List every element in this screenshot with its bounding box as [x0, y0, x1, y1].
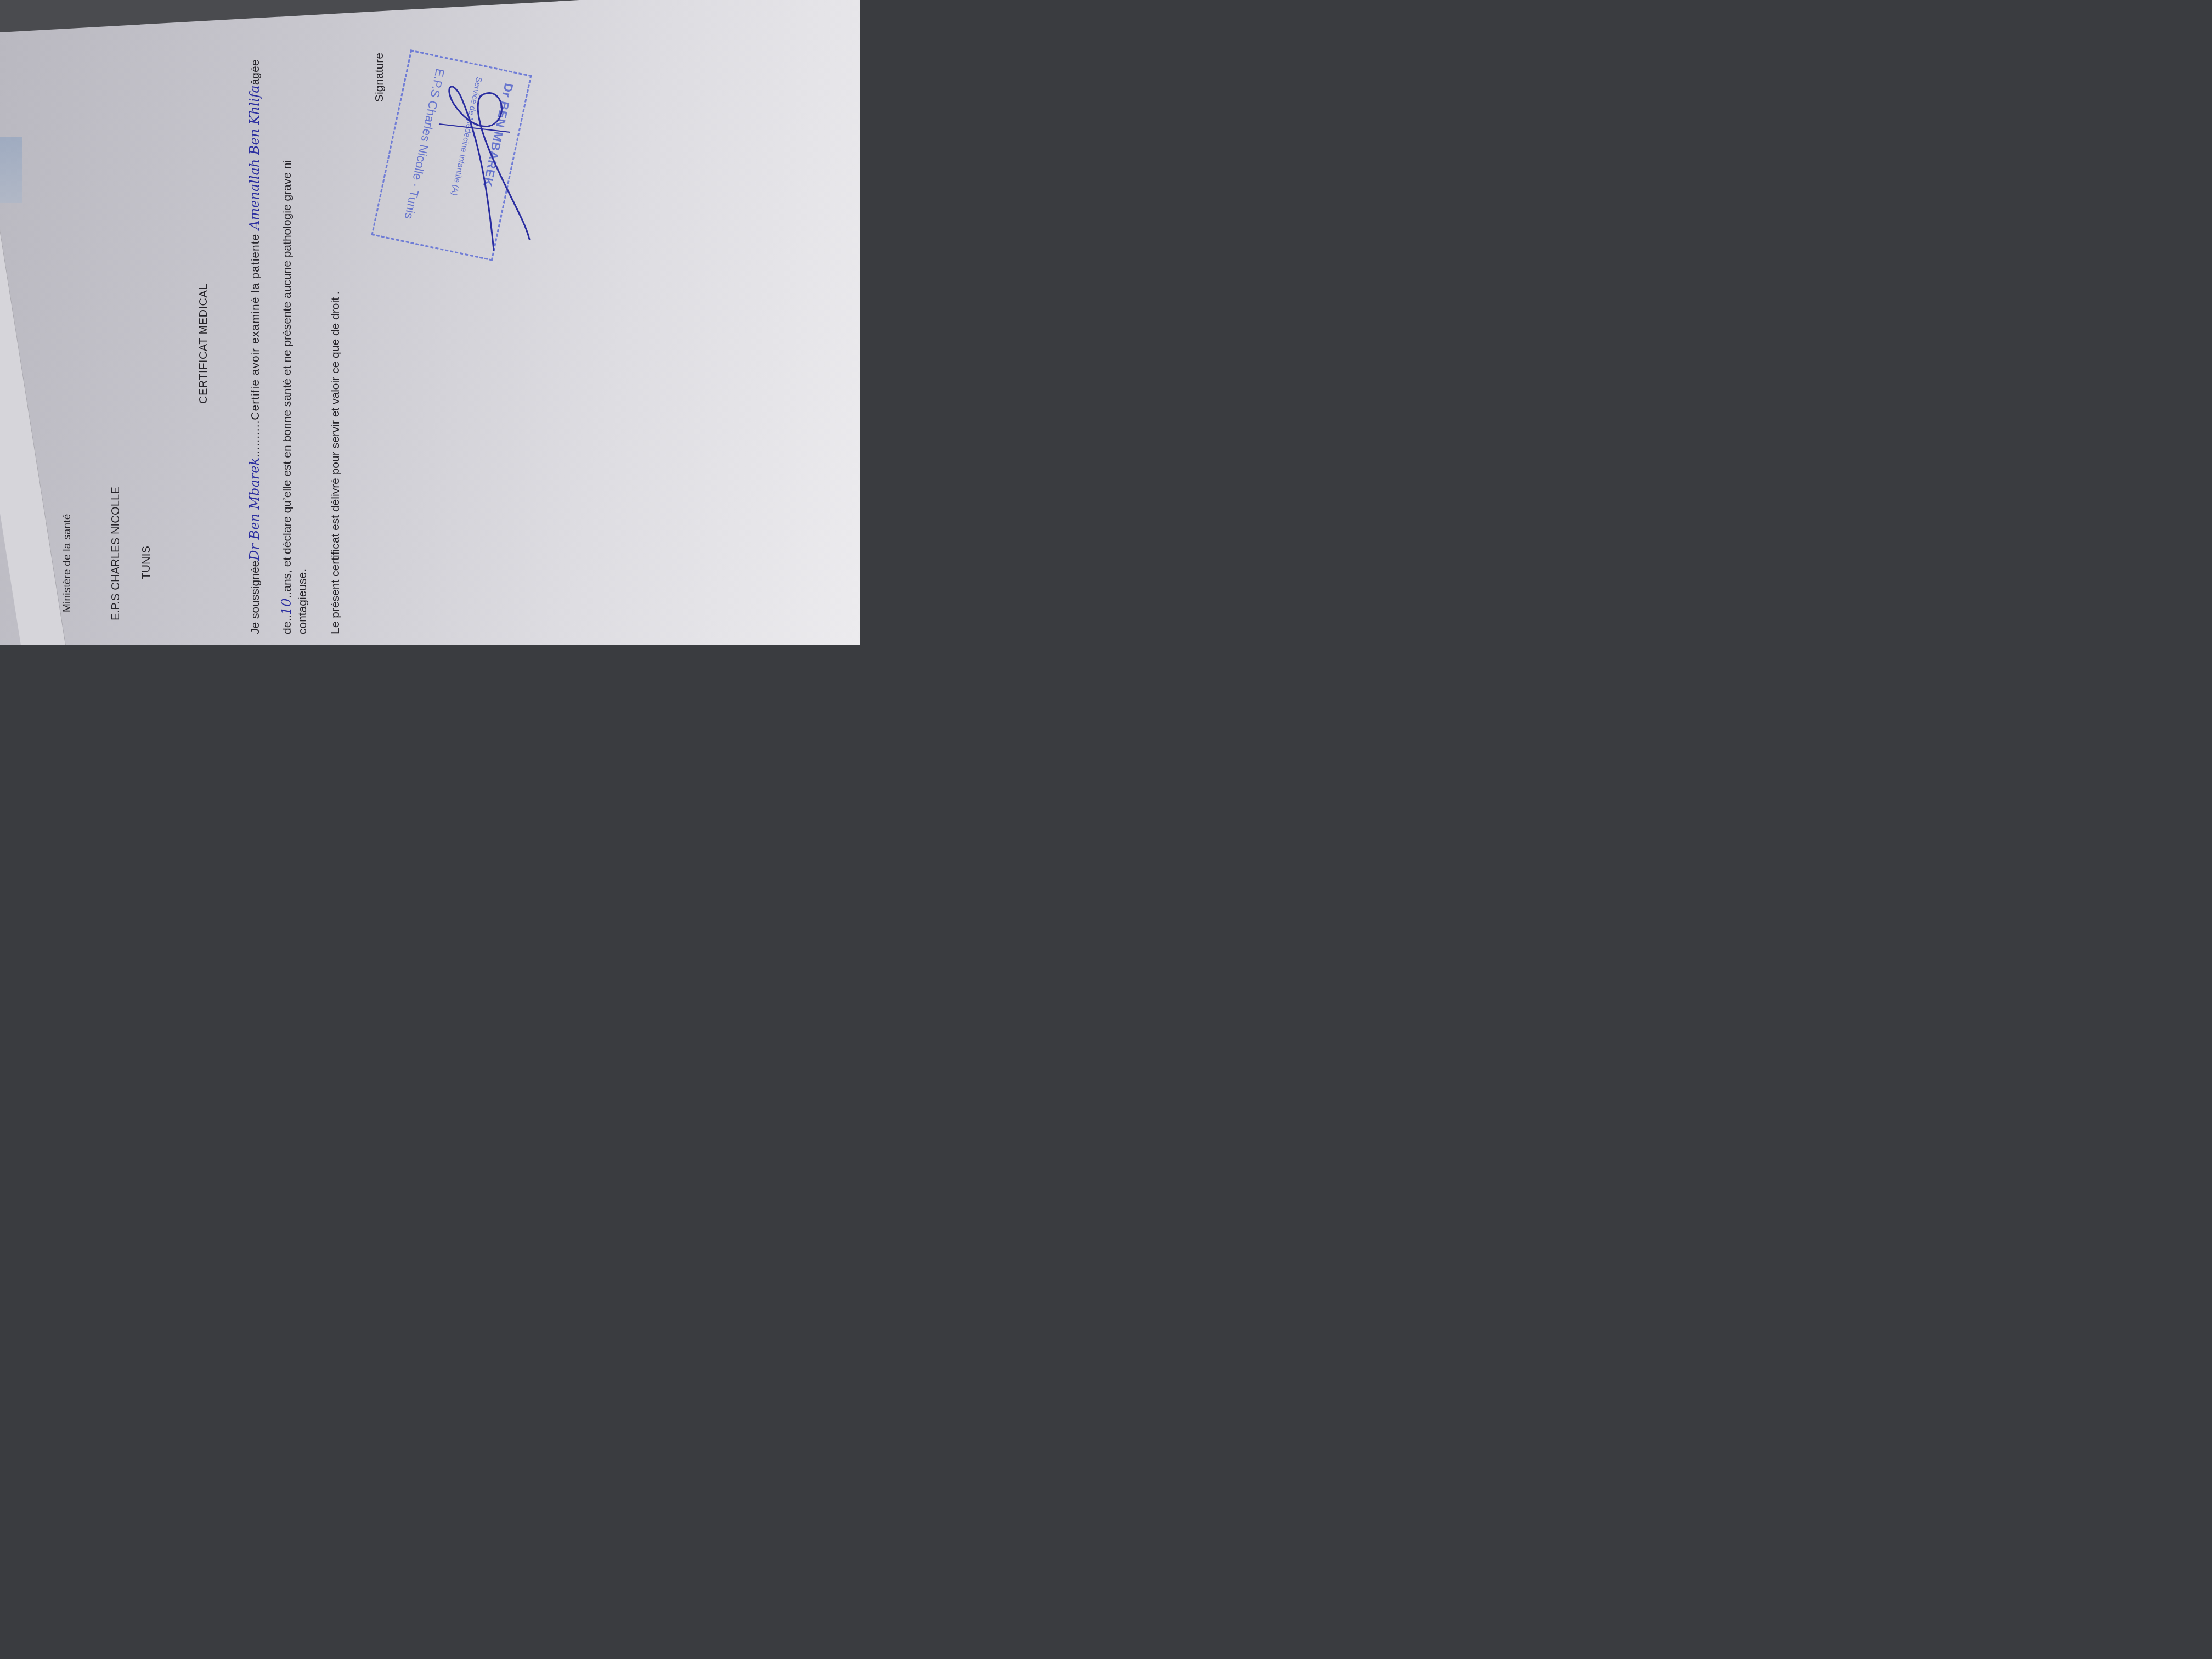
handwritten-signature [428, 42, 538, 261]
doctor-name-handwritten: Dr Ben Mbarek [247, 458, 262, 561]
header-city: TUNIS [140, 546, 153, 579]
line1-prefix: Je soussignée [249, 561, 262, 634]
line1-suffix: âgée [249, 60, 262, 86]
line2-suffix: ..ans, et déclare qu’elle est en bonne s… [281, 160, 294, 599]
body-line-4: Le présent certificat est délivré pour s… [329, 291, 342, 634]
age-handwritten: 10 [279, 598, 294, 615]
line2-prefix: de.. [281, 615, 294, 634]
blue-folder-edge [0, 137, 22, 203]
patient-name-handwritten: Amenallah Ben Khlifa [247, 85, 262, 230]
medical-certificate-page: Ministère de la santé E.P.S CHARLES NICO… [33, 0, 856, 645]
header-establishment: E.P.S CHARLES NICOLLE [110, 487, 122, 620]
signature-label: Signature [373, 53, 386, 102]
header-ministry: Ministère de la santé [61, 513, 74, 612]
body-line-2: de..10..ans, et déclare qu’elle est en b… [279, 160, 294, 634]
body-line-3: contagieuse. [296, 569, 309, 634]
body-line-1: Je soussignéeDr Ben Mbarek..........Cert… [247, 60, 262, 634]
document-title: CERTIFICAT MEDICAL [198, 284, 210, 404]
photo-scene: Ministère de la santé E.P.S CHARLES NICO… [0, 0, 860, 645]
line1-middle: ..........Certifie avoir examiné la pati… [249, 230, 262, 458]
